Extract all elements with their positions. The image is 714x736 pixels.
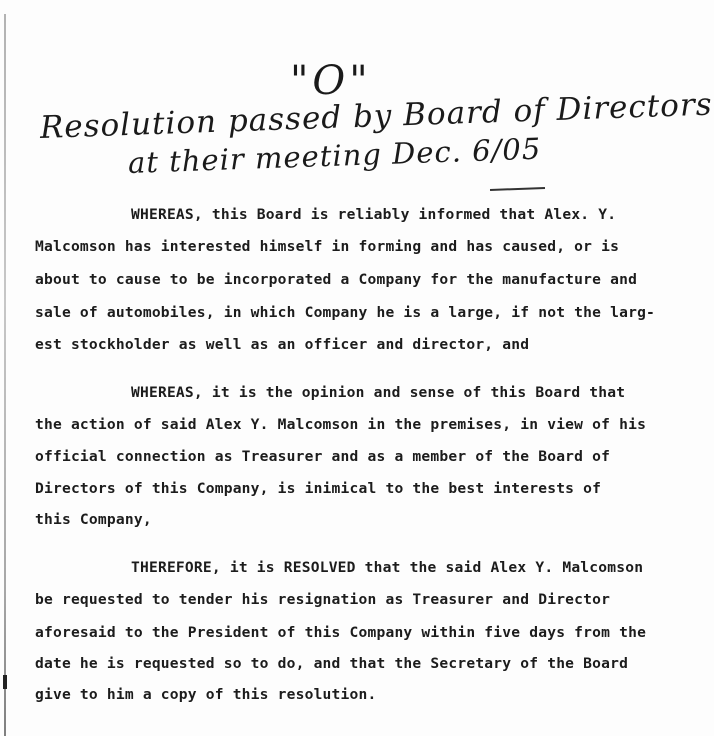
paragraph-2-line-1: WHEREAS, it is the opinion and sense of … — [131, 384, 625, 401]
paragraph-3-line-4: date he is requested so to do, and that … — [35, 655, 628, 672]
paragraph-2-line-2: the action of said Alex Y. Malcomson in … — [35, 416, 646, 433]
paragraph-3-line-3: aforesaid to the President of this Compa… — [35, 624, 646, 641]
document-page: "O" Resolution passed by Board of Direct… — [0, 0, 714, 736]
page-edge-mark — [3, 675, 7, 689]
paragraph-3-line-5: give to him a copy of this resolution. — [35, 686, 376, 703]
paragraph-1-line-4: sale of automobiles, in which Company he… — [35, 304, 655, 321]
paragraph-3-line-2: be requested to tender his resignation a… — [35, 591, 610, 608]
handwritten-marker: "O" — [290, 58, 372, 104]
paragraph-1-line-1: WHEREAS, this Board is reliably informed… — [131, 206, 616, 223]
paragraph-1-line-3: about to cause to be incorporated a Comp… — [35, 271, 637, 288]
paragraph-1-line-5: est stockholder as well as an officer an… — [35, 336, 529, 353]
handwritten-underline — [490, 187, 545, 191]
paragraph-2-line-3: official connection as Treasurer and as … — [35, 448, 610, 465]
paragraph-3-line-1: THEREFORE, it is RESOLVED that the said … — [131, 559, 643, 576]
paragraph-2-line-5: this Company, — [35, 511, 152, 528]
page-edge — [4, 14, 6, 736]
paragraph-1-line-2: Malcomson has interested himself in form… — [35, 238, 619, 255]
paragraph-2-line-4: Directors of this Company, is inimical t… — [35, 480, 601, 497]
